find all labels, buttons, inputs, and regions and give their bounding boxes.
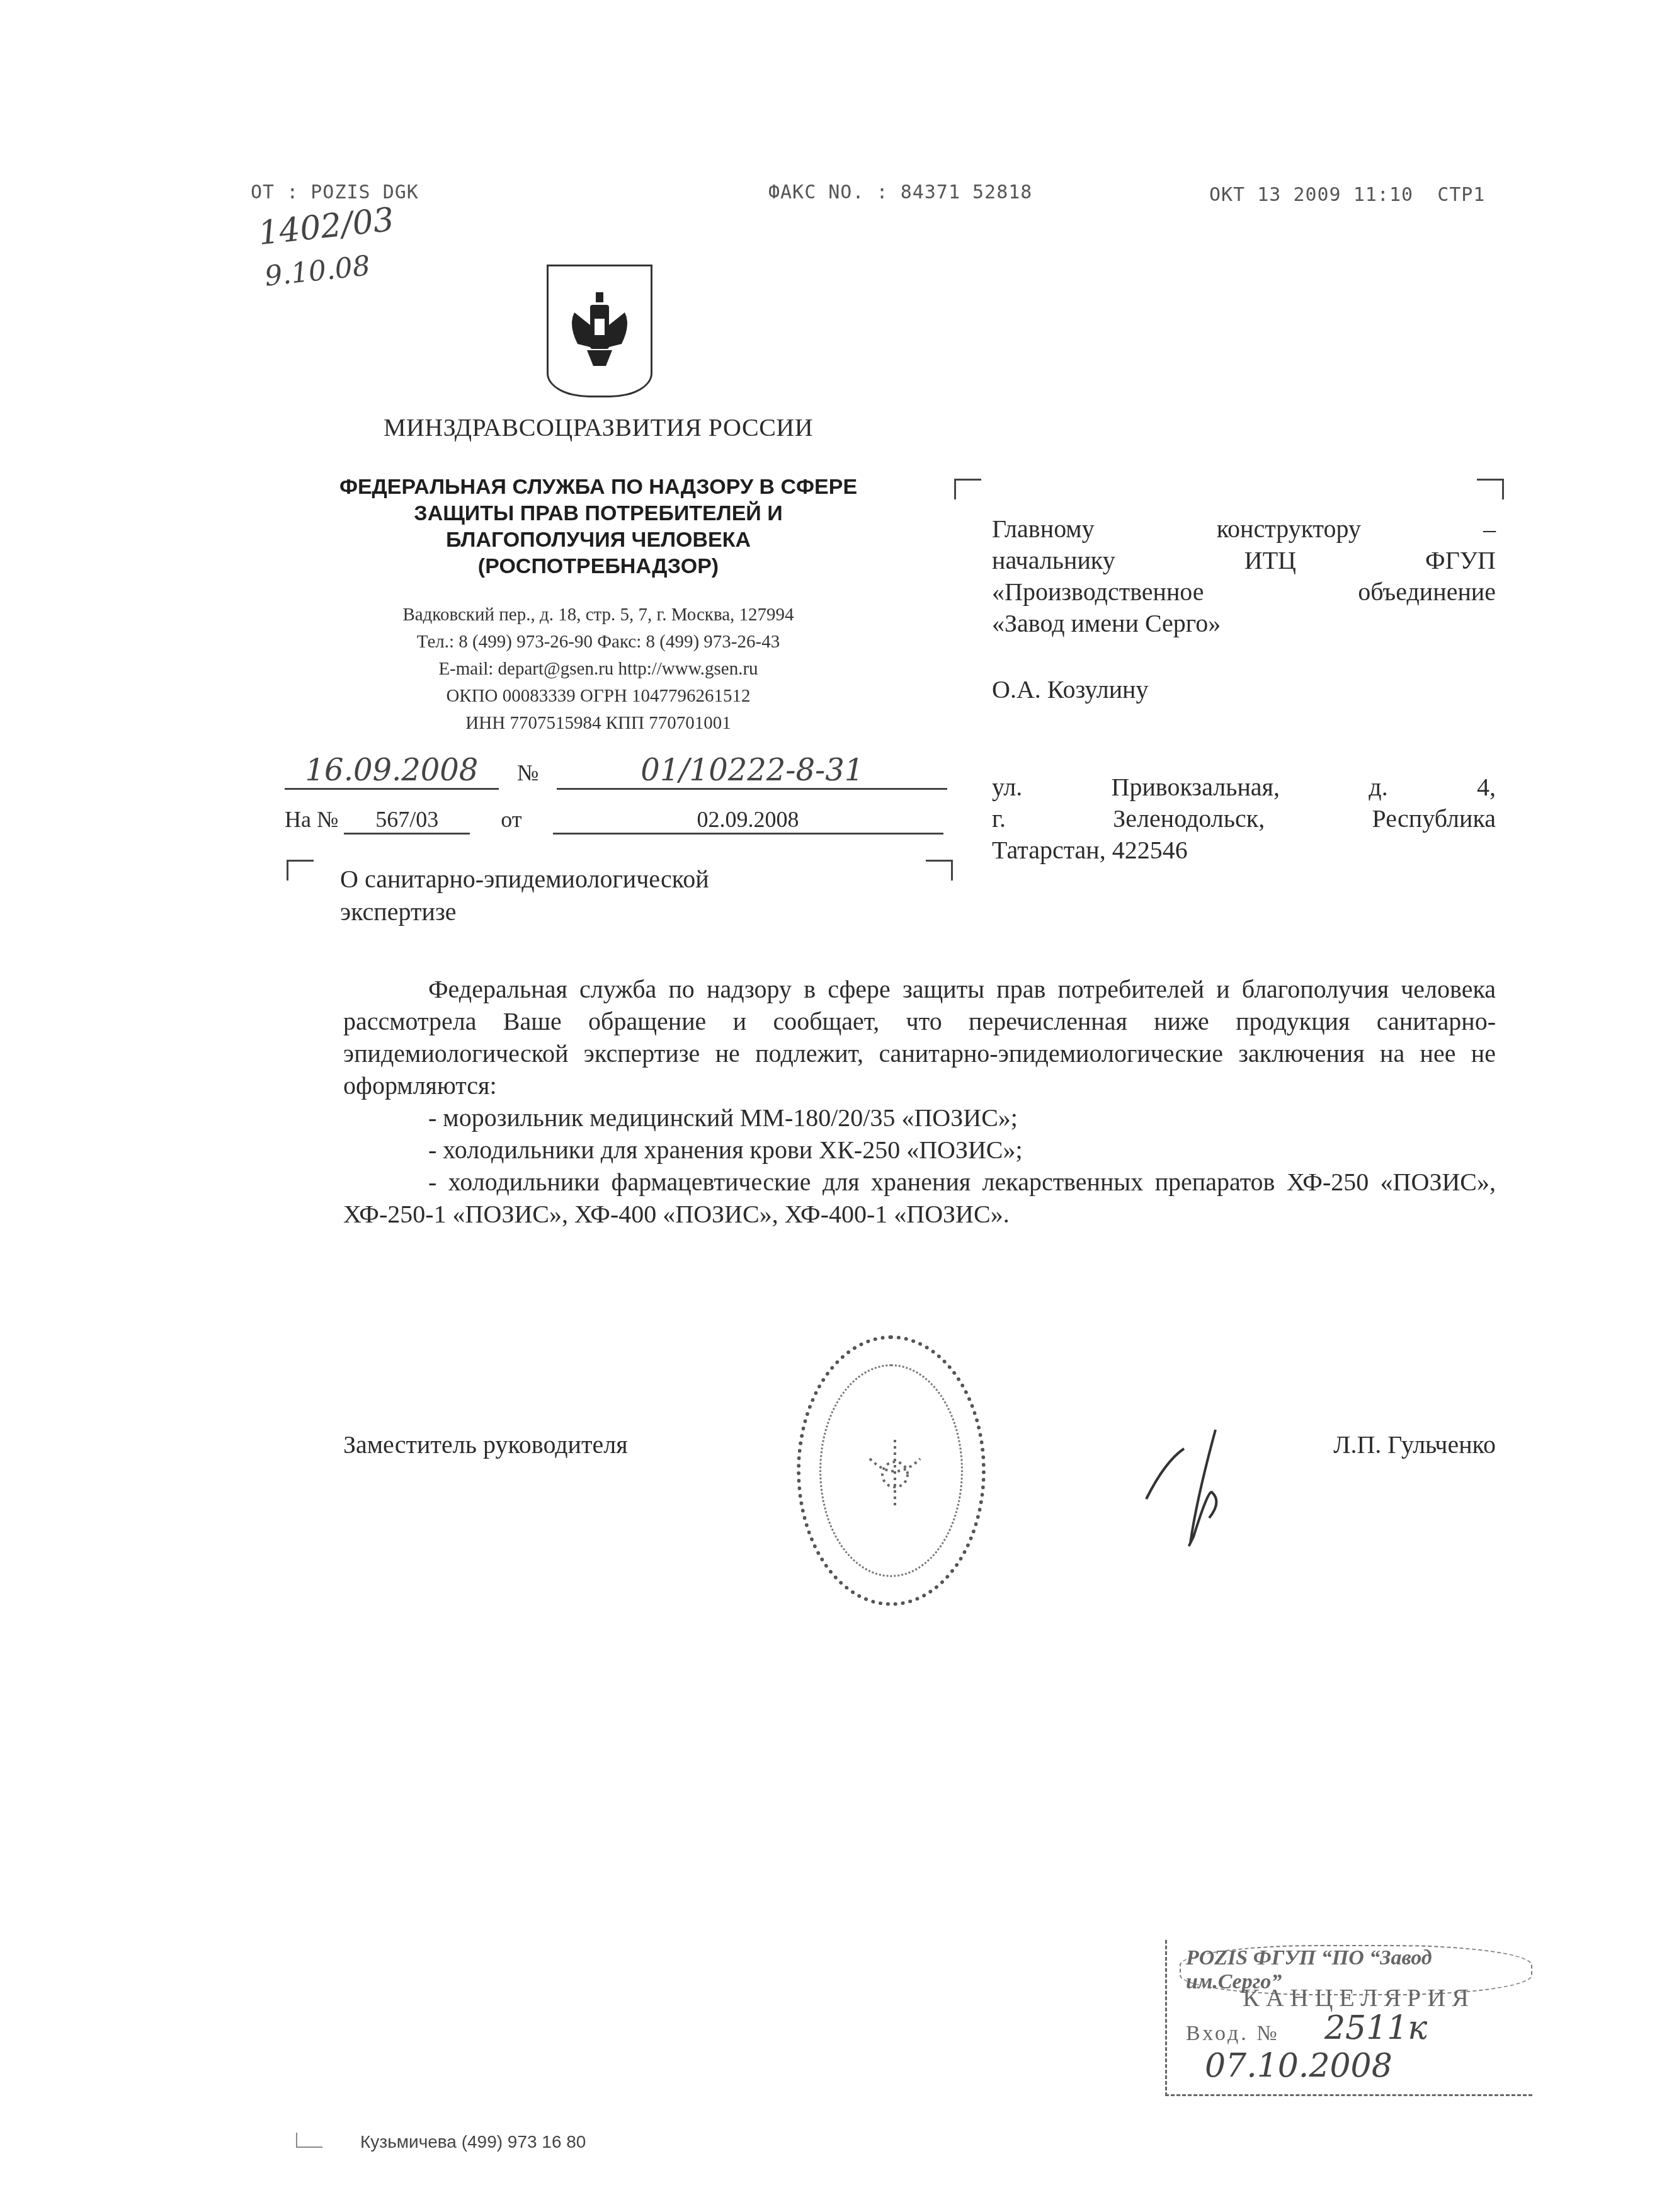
fax-page: CTP1 — [1437, 184, 1485, 206]
agency-email-web: E-mail: depart@gsen.ru http://www.gsen.r… — [296, 656, 901, 683]
outgoing-date: 16.09.2008 — [285, 753, 499, 790]
fax-datetime: OKT 13 2009 11:10 CTP1 — [1209, 184, 1485, 206]
addressee-address-line: г. Зеленодольск, Республика — [992, 803, 1496, 835]
number-label: № — [517, 760, 538, 785]
official-round-seal-icon — [797, 1335, 986, 1606]
footer-corner-mark — [296, 2133, 322, 2148]
fax-sender: OT : POZIS DGK — [251, 181, 419, 203]
addressee-name: О.А. Козулину — [992, 674, 1496, 705]
addressee-block: Главному конструктору – начальнику ИТЦ Ф… — [992, 513, 1496, 866]
addressee-address-line: Татарстан, 422546 — [992, 835, 1496, 866]
addressee-address-line: ул. Привокзальная, д. 4, — [992, 772, 1496, 803]
agency-line: (РОСПОТРЕБНАДЗОР) — [296, 553, 901, 579]
ministry-name: МИНЗДРАВСОЦРАЗВИТИЯ РОССИИ — [353, 413, 844, 442]
registry-incoming-label: Вход. № — [1186, 2022, 1280, 2046]
addressee-corner-mark — [954, 479, 981, 499]
addressee-line: «Производственное объединение — [992, 576, 1496, 608]
subject-line: О санитарно-эпидемиологической — [340, 863, 844, 896]
ref-label: На № — [285, 807, 338, 832]
ref-number: 567/03 — [344, 806, 470, 835]
executor-contact: Кузьмичева (499) 973 16 80 — [296, 2132, 586, 2152]
signatory-position: Заместитель руководителя — [343, 1430, 628, 1459]
registry-incoming-number: 2511к — [1324, 2009, 1427, 2047]
fax-date: OKT 13 2009 11:10 — [1209, 184, 1413, 206]
outgoing-number: 01/10222-8-31 — [557, 753, 947, 790]
agency-address: Вадковский пер., д. 18, стр. 5, 7, г. Мо… — [296, 601, 901, 629]
handwritten-note-date: 9.10.08 — [263, 249, 372, 292]
addressee-line: «Завод имени Серго» — [992, 608, 1496, 639]
addressee-corner-mark — [1477, 479, 1504, 499]
agency-line: ЗАЩИТЫ ПРАВ ПОТРЕБИТЕЛЕЙ И — [296, 500, 901, 527]
product-item: - морозильник медицинский ММ-180/20/35 «… — [343, 1102, 1496, 1134]
subject-corner-mark — [926, 860, 953, 881]
signatory-name: Л.П. Гульченко — [1333, 1430, 1496, 1459]
letter-body: Федеральная служба по надзору в сфере за… — [343, 973, 1496, 1230]
fax-number: ФАКС NO. : 84371 52818 — [768, 181, 1032, 203]
subject-corner-mark — [287, 860, 314, 881]
letter-subject: О санитарно-эпидемиологической экспертиз… — [340, 863, 844, 928]
executor-name-phone: Кузьмичева (499) 973 16 80 — [360, 2132, 586, 2152]
registry-stamp: POZIS ФГУП “ПО “Завод им.Серго” КАНЦЕЛЯР… — [1165, 1940, 1532, 2096]
addressee-line: Главному конструктору – — [992, 513, 1496, 545]
signature-row: Заместитель руководителя Л.П. Гульченко — [343, 1430, 1496, 1459]
ref-from-label: от — [501, 807, 521, 832]
agency-okpo-ogrn: ОКПО 00083339 ОГРН 1047796261512 — [296, 683, 901, 710]
agency-contacts: Вадковский пер., д. 18, стр. 5, 7, г. Мо… — [296, 601, 901, 737]
registry-dept: КАНЦЕЛЯРИЯ — [1243, 1983, 1475, 2012]
outgoing-registration: 16.09.2008 № 01/10222-8-31 — [285, 753, 952, 790]
product-item: - холодильники для хранения крови ХК-250… — [343, 1134, 1496, 1166]
ref-date: 02.09.2008 — [553, 806, 943, 835]
body-intro: Федеральная служба по надзору в сфере за… — [343, 973, 1496, 1102]
subject-line: экспертизе — [340, 896, 844, 928]
registry-date: 07.10.2008 — [1205, 2047, 1392, 2085]
agency-inn-kpp: ИНН 7707515984 КПП 770701001 — [296, 710, 901, 737]
handwritten-note-number: 1402/03 — [256, 201, 396, 253]
agency-line: ФЕДЕРАЛЬНАЯ СЛУЖБА ПО НАДЗОРУ В СФЕРЕ — [296, 474, 901, 500]
handwritten-signature-icon — [1140, 1423, 1253, 1556]
agency-line: БЛАГОПОЛУЧИЯ ЧЕЛОВЕКА — [296, 527, 901, 553]
addressee-line: начальнику ИТЦ ФГУП — [992, 545, 1496, 576]
product-item: - холодильники фармацевтические для хран… — [343, 1166, 1496, 1230]
agency-phone-fax: Тел.: 8 (499) 973-26-90 Факс: 8 (499) 97… — [296, 629, 901, 656]
agency-name: ФЕДЕРАЛЬНАЯ СЛУЖБА ПО НАДЗОРУ В СФЕРЕ ЗА… — [296, 474, 901, 579]
incoming-reference: На № 567/03 от 02.09.2008 — [285, 806, 952, 835]
russian-coat-of-arms-icon — [547, 265, 652, 397]
